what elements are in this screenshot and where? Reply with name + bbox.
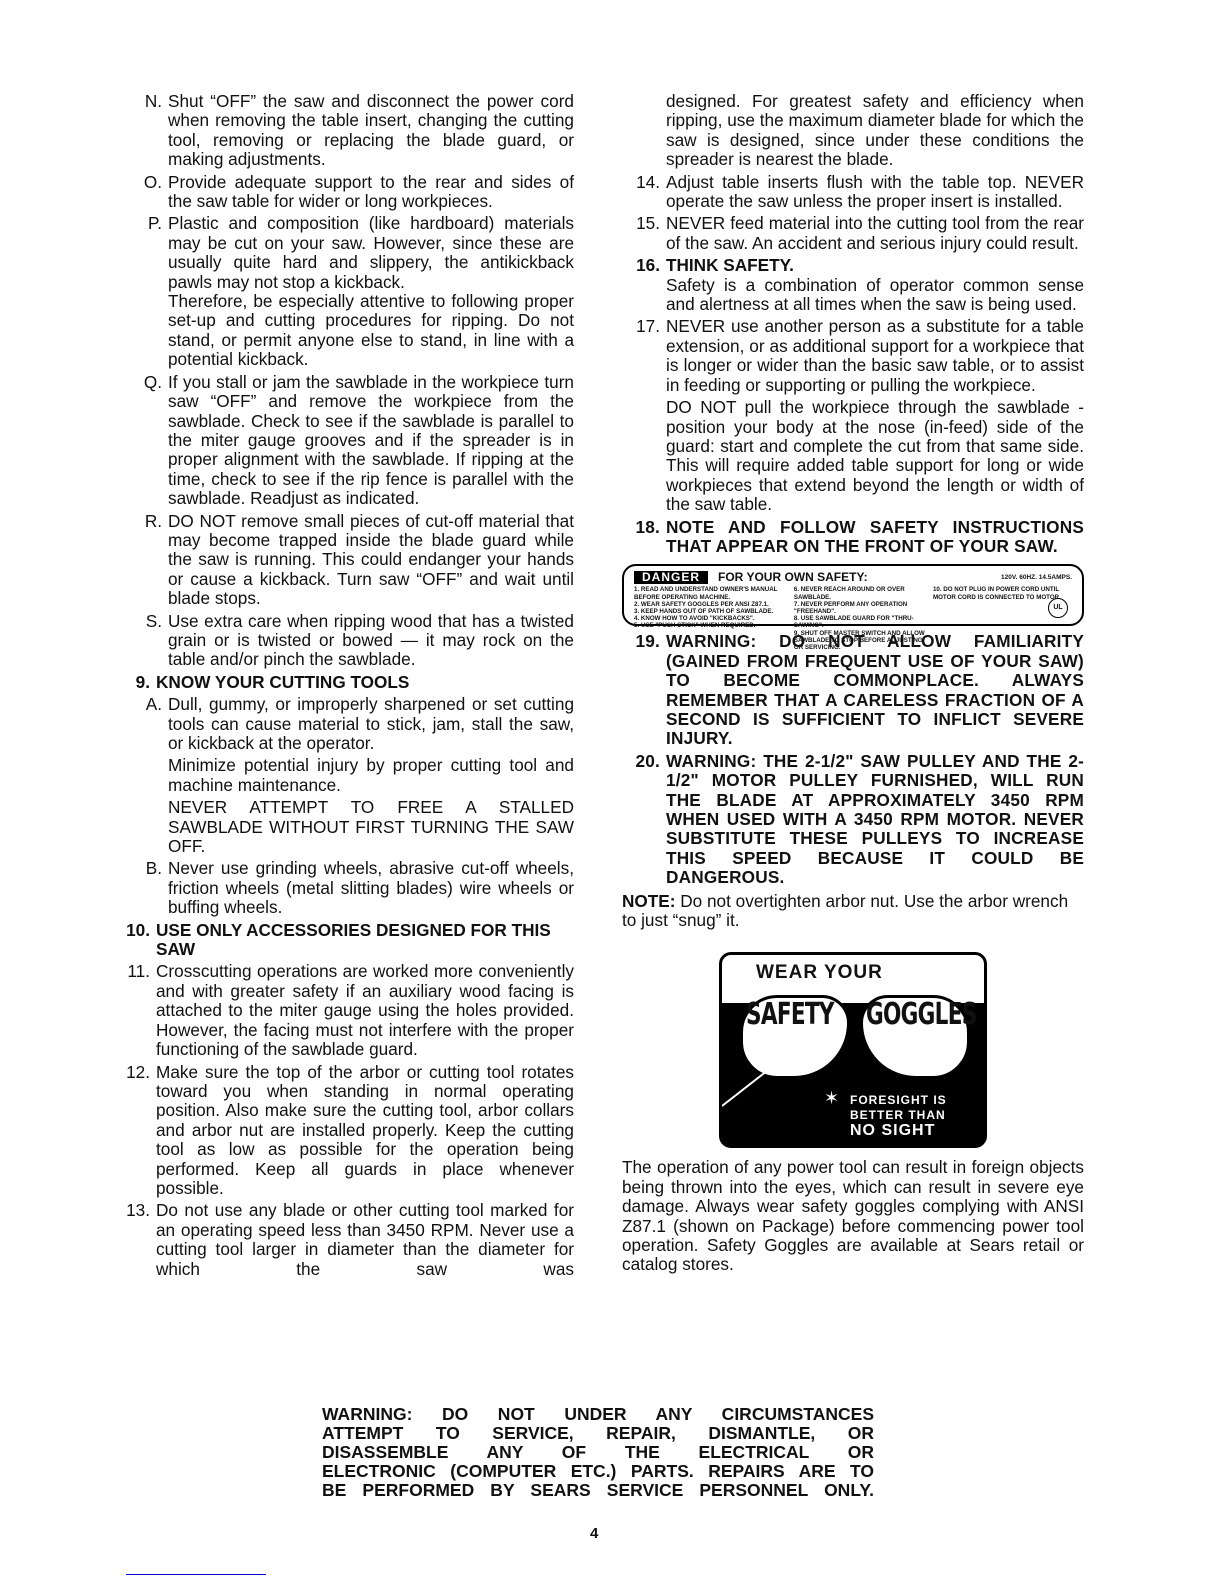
danger-rule: 10. DO NOT PLUG IN POWER CORD UNTIL MOTO… xyxy=(933,586,1072,600)
note-label: NOTE: xyxy=(622,891,675,911)
item-label: 12. xyxy=(118,1063,156,1199)
item-text: NEVER feed material into the cutting too… xyxy=(666,214,1084,253)
danger-title: FOR YOUR OWN SAFETY: xyxy=(718,574,868,581)
item-label: P. xyxy=(118,214,168,369)
item-heading: THINK SAFETY. xyxy=(666,256,1084,275)
warning-line: BE PERFORMED BY SEARS SERVICE PERSONNEL … xyxy=(322,1481,874,1500)
item-text: designed. For greatest safety and effici… xyxy=(666,92,1084,170)
bottom-warning: WARNING: DO NOT UNDER ANY CIRCUMSTANCES … xyxy=(322,1405,874,1500)
item-17: 17. NEVER use another person as a substi… xyxy=(622,317,1084,514)
item-label: N. xyxy=(118,92,168,170)
danger-badge: DANGER xyxy=(634,571,708,584)
item-text: Shut “OFF” the saw and disconnect the po… xyxy=(168,92,574,170)
item-text: Crosscutting operations are worked more … xyxy=(156,962,574,1059)
section-title: USE ONLY ACCESSORIES DESIGNED FOR THIS S… xyxy=(156,921,574,960)
note-text: Do not overtighten arbor nut. Use the ar… xyxy=(622,891,1068,930)
item-14: 14. Adjust table inserts flush with the … xyxy=(622,173,1084,212)
danger-col-2: 6. NEVER REACH AROUND OR OVER SAWBLADE. … xyxy=(794,586,933,651)
danger-rule: 3. KEEP HANDS OUT OF PATH OF SAWBLADE. xyxy=(634,608,794,615)
item-9b: B. Never use grinding wheels, abrasive c… xyxy=(118,859,574,917)
note: NOTE: Do not overtighten arbor nut. Use … xyxy=(622,892,1084,931)
page-number: 4 xyxy=(590,1525,598,1542)
spark-icon: ✶ xyxy=(824,1089,839,1108)
danger-col-3: 10. DO NOT PLUG IN POWER CORD UNTIL MOTO… xyxy=(933,586,1072,651)
danger-col-1: 1. READ AND UNDERSTAND OWNER'S MANUAL BE… xyxy=(634,586,794,651)
item-12: 12. Make sure the top of the arbor or cu… xyxy=(118,1063,574,1199)
section-title: KNOW YOUR CUTTING TOOLS xyxy=(156,673,574,692)
item-9a: A. Dull, gummy, or improperly sharpened … xyxy=(118,695,574,856)
item-text: Do not use any blade or other cutting to… xyxy=(156,1201,574,1279)
item-label: A. xyxy=(118,695,168,856)
item-13: 13. Do not use any blade or other cuttin… xyxy=(118,1201,574,1279)
slogan-line: FORESIGHT IS xyxy=(850,1093,947,1108)
item-r: R. DO NOT remove small pieces of cut-off… xyxy=(118,512,574,609)
footnote-divider xyxy=(126,1574,266,1575)
left-column: N. Shut “OFF” the saw and disconnect the… xyxy=(118,92,574,1282)
item-text-para2: DO NOT pull the workpiece through the sa… xyxy=(666,398,1084,514)
item-text: DO NOT remove small pieces of cut-off ma… xyxy=(168,512,574,609)
item-text-para3: NEVER ATTEMPT TO FREE A STALLED SAWBLADE… xyxy=(168,798,574,856)
item-text: Make sure the top of the arbor or cuttin… xyxy=(156,1063,574,1199)
danger-rule: 9. SHUT OFF MASTER SWITCH AND ALLOW SAWB… xyxy=(794,630,933,652)
poster-goggles-text: GOGGLES xyxy=(866,1005,977,1024)
danger-rule: 6. NEVER REACH AROUND OR OVER SAWBLADE. xyxy=(794,586,933,600)
item-text-para2: Minimize potential injury by proper cutt… xyxy=(168,756,574,795)
danger-rule: 5. USE "PUSH STICK" WHEN REQUIRED. xyxy=(634,622,794,629)
item-label: 11. xyxy=(118,962,156,1059)
poster-wear-text: WEAR YOUR xyxy=(756,963,883,982)
item-11: 11. Crosscutting operations are worked m… xyxy=(118,962,574,1059)
safety-goggles-poster: WEAR YOUR SAFETY GOGGLES ✶ FORESIGHT IS … xyxy=(719,952,987,1148)
item-16: 16. THINK SAFETY. Safety is a combinatio… xyxy=(622,256,1084,314)
item-n: N. Shut “OFF” the saw and disconnect the… xyxy=(118,92,574,170)
warning-line: WARNING: DO NOT UNDER ANY CIRCUMSTANCES xyxy=(322,1405,874,1424)
item-text: Provide adequate support to the rear and… xyxy=(168,173,574,212)
slogan-line: NO SIGHT xyxy=(850,1123,947,1138)
item-label: 20. xyxy=(622,752,666,888)
warning-line: ATTEMPT TO SERVICE, REPAIR, DISMANTLE, O… xyxy=(322,1424,874,1443)
item-text: Adjust table inserts flush with the tabl… xyxy=(666,173,1084,212)
item-label: 18. xyxy=(622,518,666,557)
item-text: NEVER use another person as a substitute… xyxy=(666,317,1084,395)
item-13-continued: designed. For greatest safety and effici… xyxy=(622,92,1084,170)
section-9-heading: 9. KNOW YOUR CUTTING TOOLS xyxy=(118,673,574,692)
danger-rule: 1. READ AND UNDERSTAND OWNER'S MANUAL BE… xyxy=(634,586,794,600)
electrical-rating: 120V. 60HZ. 14.5AMPS. xyxy=(1001,574,1072,581)
indent-spacer xyxy=(622,92,666,170)
item-20: 20. WARNING: THE 2-1/2" SAW PULLEY AND T… xyxy=(622,752,1084,888)
slogan-line: BETTER THAN xyxy=(850,1108,947,1123)
item-label: 15. xyxy=(622,214,666,253)
right-column: designed. For greatest safety and effici… xyxy=(622,92,1084,1275)
item-text: Never use grinding wheels, abrasive cut-… xyxy=(168,859,574,917)
goggles-paragraph: The operation of any power tool can resu… xyxy=(622,1158,1084,1274)
danger-rule: 7. NEVER PERFORM ANY OPERATION "FREEHAND… xyxy=(794,601,933,615)
section-number: 9. xyxy=(118,673,156,692)
danger-rule: 8. USE SAWBLADE GUARD FOR "THRU-SAWING". xyxy=(794,615,933,629)
item-label: O. xyxy=(118,173,168,212)
item-label: B. xyxy=(118,859,168,917)
item-p: P. Plastic and composition (like hardboa… xyxy=(118,214,574,369)
warning-line: DISASSEMBLE ANY OF THE ELECTRICAL OR xyxy=(322,1443,874,1462)
danger-label: DANGER FOR YOUR OWN SAFETY: 120V. 60HZ. … xyxy=(622,564,1084,626)
item-label: 17. xyxy=(622,317,666,514)
poster-safety-text: SAFETY xyxy=(746,1005,834,1024)
item-text: NOTE AND FOLLOW SAFETY INSTRUCTIONS THAT… xyxy=(666,518,1084,557)
item-text: Safety is a combination of operator comm… xyxy=(666,276,1084,315)
poster-slogan: FORESIGHT IS BETTER THAN NO SIGHT xyxy=(850,1093,947,1138)
item-text: Plastic and composition (like hardboard)… xyxy=(168,214,574,292)
item-label: S. xyxy=(118,612,168,670)
item-text: Dull, gummy, or improperly sharpened or … xyxy=(168,695,574,753)
warning-line: ELECTRONIC (COMPUTER ETC.) PARTS. REPAIR… xyxy=(322,1462,874,1481)
item-text-extra: Therefore, be especially attentive to fo… xyxy=(168,292,574,370)
item-18: 18. NOTE AND FOLLOW SAFETY INSTRUCTIONS … xyxy=(622,518,1084,557)
section-10-heading: 10. USE ONLY ACCESSORIES DESIGNED FOR TH… xyxy=(118,921,574,960)
item-label: Q. xyxy=(118,373,168,509)
item-s: S. Use extra care when ripping wood that… xyxy=(118,612,574,670)
item-label: 16. xyxy=(622,256,666,314)
item-text: Use extra care when ripping wood that ha… xyxy=(168,612,574,670)
item-text: If you stall or jam the sawblade in the … xyxy=(168,373,574,509)
danger-rule: 4. KNOW HOW TO AVOID "KICKBACKS". xyxy=(634,615,794,622)
item-o: O. Provide adequate support to the rear … xyxy=(118,173,574,212)
item-q: Q. If you stall or jam the sawblade in t… xyxy=(118,373,574,509)
item-label: R. xyxy=(118,512,168,609)
section-number: 10. xyxy=(118,921,156,960)
item-label: 13. xyxy=(118,1201,156,1279)
item-text: WARNING: THE 2-1/2" SAW PULLEY AND THE 2… xyxy=(666,752,1084,888)
item-label: 14. xyxy=(622,173,666,212)
item-15: 15. NEVER feed material into the cutting… xyxy=(622,214,1084,253)
danger-rule: 2. WEAR SAFETY GOGGLES PER ANSI Z87.1. xyxy=(634,601,794,608)
